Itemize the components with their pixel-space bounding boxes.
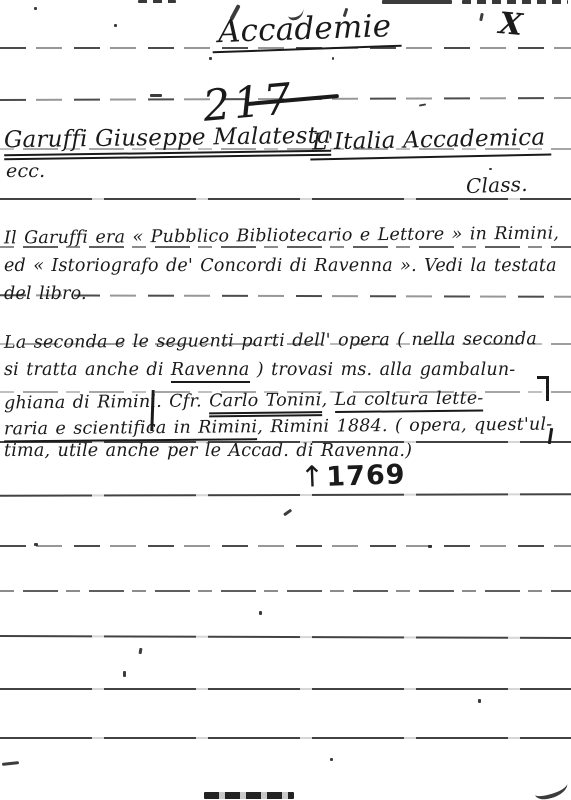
noise-mark xyxy=(479,13,484,21)
ruled-line xyxy=(0,545,571,547)
ruled-line xyxy=(0,590,571,592)
noise-mark xyxy=(114,24,117,27)
biography-note-line: del libro. xyxy=(4,284,87,304)
margin-bracket-right xyxy=(546,376,549,401)
noise-mark xyxy=(462,0,568,4)
underlined-place-name: Ravenna xyxy=(171,360,250,383)
noise-mark xyxy=(2,761,19,766)
year-value: 1769 xyxy=(326,459,406,493)
noise-mark xyxy=(259,611,262,615)
x-check-mark: X xyxy=(498,6,524,43)
noise-mark xyxy=(139,648,143,654)
noise-mark xyxy=(209,57,212,60)
classification-label: Class. xyxy=(466,172,529,198)
noise-mark xyxy=(428,545,432,548)
entry-work-title: L'Italia Accademica xyxy=(310,124,552,160)
text-segment: , Rimini 1884. ( opera, quest'ul- xyxy=(257,415,552,438)
text-segment: , xyxy=(321,390,334,410)
noise-mark xyxy=(204,792,294,799)
noise-mark xyxy=(123,671,126,677)
underlined-author-name: Carlo Tonini xyxy=(209,390,322,417)
noise-mark xyxy=(419,103,426,106)
noise-mark xyxy=(138,0,176,3)
page-title: Accademie xyxy=(211,8,401,54)
ruled-line xyxy=(0,493,571,496)
ruled-line xyxy=(0,737,571,739)
ruled-line xyxy=(0,688,571,690)
underlined-book-title: La coltura lette- xyxy=(334,388,483,413)
text-segment: ghiana di Rimini. Cfr. xyxy=(4,391,209,413)
noise-mark xyxy=(34,543,38,546)
noise-mark xyxy=(332,57,334,60)
margin-bracket-right-arm xyxy=(537,376,548,379)
noise-mark xyxy=(382,0,452,4)
noise-mark xyxy=(283,509,292,516)
entry-author: Garuffi Giuseppe Malatesta xyxy=(4,123,331,161)
text-segment: ) trovasi ms. alla gambalun- xyxy=(250,360,516,380)
noise-mark xyxy=(34,7,37,10)
catalog-card-scan: Accademie X 217 Garuffi Giuseppe Malates… xyxy=(0,0,571,800)
noise-mark xyxy=(489,168,492,170)
noise-mark xyxy=(150,94,162,97)
underlined-book-title: raria e scientifica in Rimini xyxy=(4,417,257,442)
up-arrow-icon: ↑ xyxy=(299,459,325,494)
year-annotation: ↑1769 xyxy=(299,456,406,494)
ruled-line xyxy=(0,635,571,639)
manuscript-note-line: La seconda e le seguenti parti dell' ope… xyxy=(4,329,537,353)
noise-mark xyxy=(478,699,481,703)
manuscript-note-line: ghiana di Rimini. Cfr. Carlo Tonini, La … xyxy=(4,388,484,413)
ruled-line xyxy=(0,198,571,200)
manuscript-note-line: raria e scientifica in Rimini, Rimini 18… xyxy=(4,415,553,440)
entry-etcetera: ecc. xyxy=(6,160,45,182)
manuscript-note-line: si tratta anche di Ravenna ) trovasi ms.… xyxy=(4,360,515,380)
biography-note-line: Il Garuffi era « Pubblico Bibliotecario … xyxy=(4,224,559,249)
text-segment: si tratta anche di xyxy=(4,360,171,380)
biography-note-line: ed « Istoriografo de' Concordi di Ravenn… xyxy=(4,256,557,276)
noise-mark xyxy=(532,776,569,800)
noise-mark xyxy=(330,758,333,761)
